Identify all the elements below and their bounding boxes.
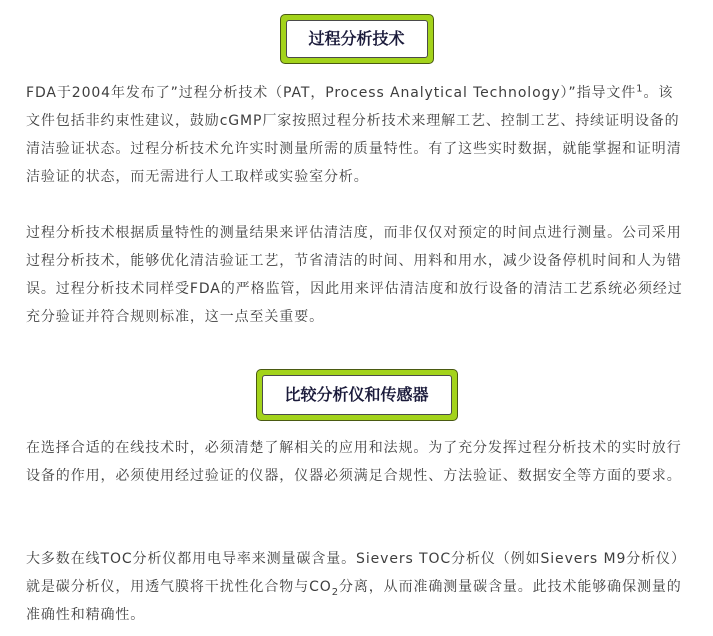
paragraph: FDA于2004年发布了”过程分析技术（PAT，Process Analytic… xyxy=(26,79,688,191)
subscript: 2 xyxy=(332,587,339,598)
paragraph-text: FDA于2004年发布了”过程分析技术（PAT，Process Analytic… xyxy=(26,85,636,101)
paragraph: 在选择合适的在线技术时，必须清楚了解相关的应用和法规。为了充分发挥过程分析技术的… xyxy=(26,434,688,490)
section-title: 过程分析技术 xyxy=(286,20,428,58)
section-header-analyzers: 比较分析仪和传感器 xyxy=(0,369,713,421)
header-frame: 过程分析技术 xyxy=(280,14,434,64)
paragraph: 过程分析技术根据质量特性的测量结果来评估清洁度，而非仅仅对预定的时间点进行测量。… xyxy=(26,219,688,331)
header-frame: 比较分析仪和传感器 xyxy=(256,369,458,421)
section-title: 比较分析仪和传感器 xyxy=(262,375,452,415)
section-header-pat: 过程分析技术 xyxy=(0,14,713,64)
paragraph: 大多数在线TOC分析仪都用电导率来测量碳含量。Sievers TOC分析仪（例如… xyxy=(26,545,688,629)
